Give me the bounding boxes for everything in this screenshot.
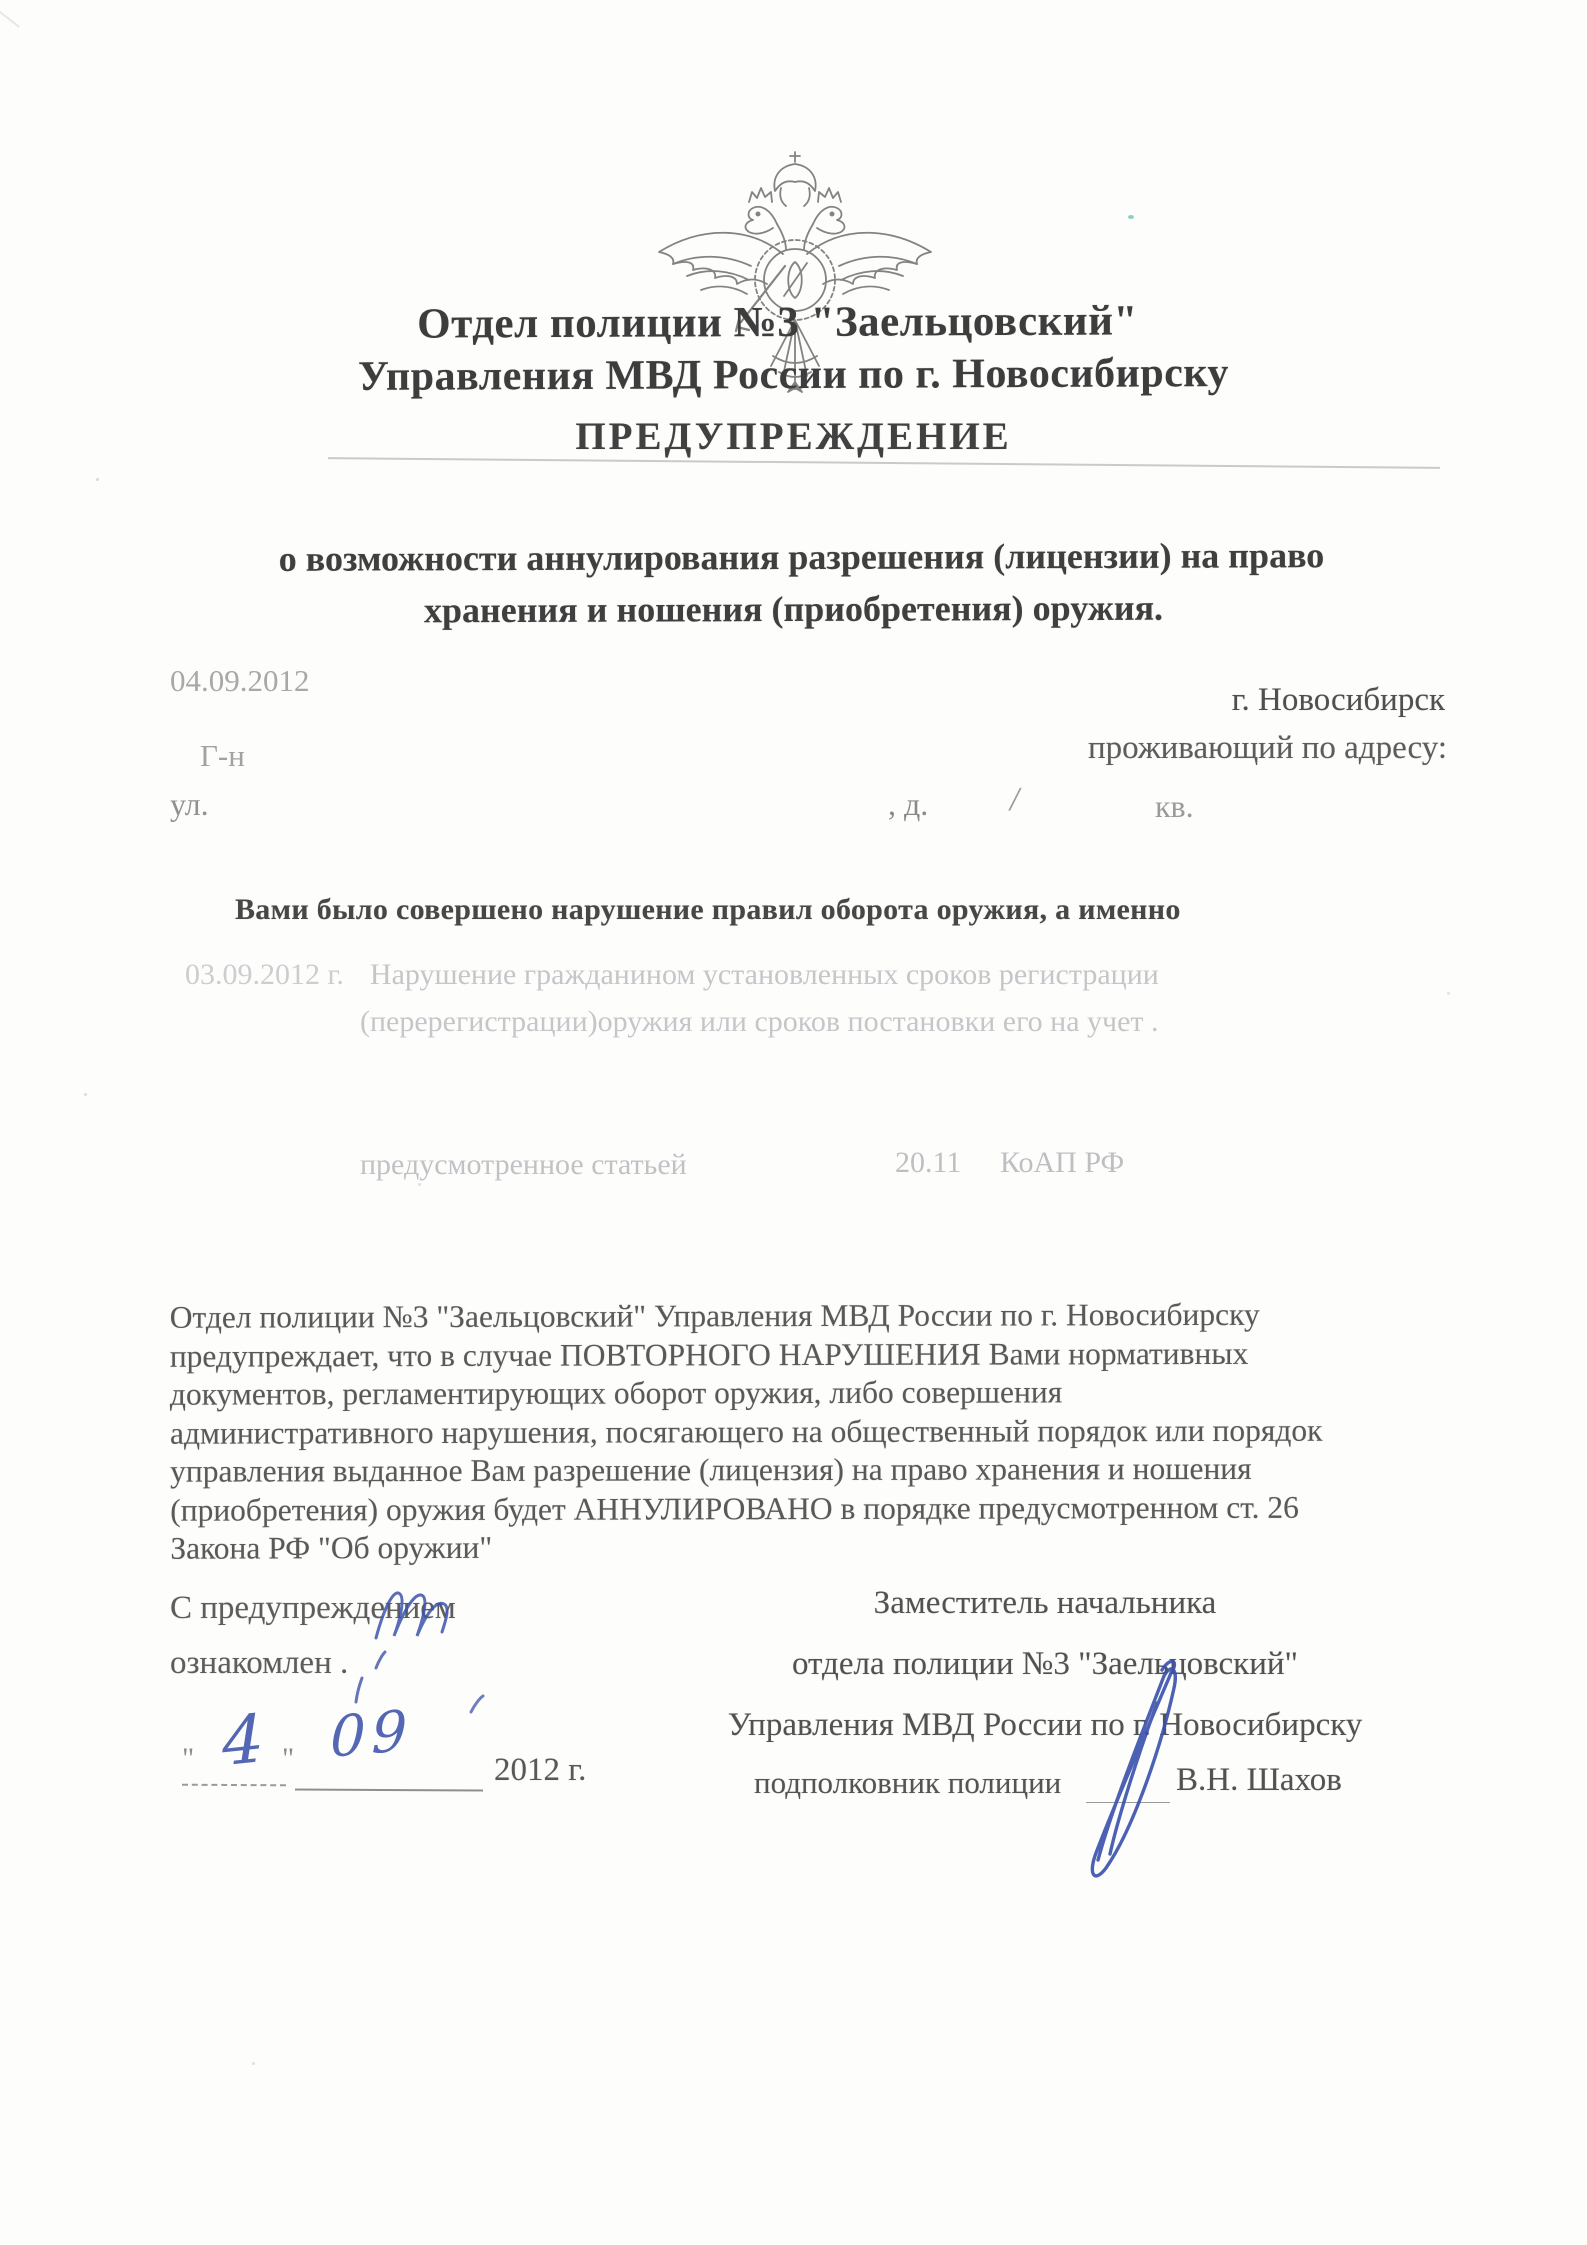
signatory-position-line1: Заместитель начальника [720,1585,1370,1622]
signatory-position-line2: отдела полиции №3 "Заельцовский" [720,1646,1370,1683]
warning-line: управления выданное Вам разрешение (лице… [170,1449,1470,1491]
month-underline [295,1789,483,1792]
day-quote-close: " [282,1742,294,1776]
signatory-rank: подполковник полиции [754,1765,1061,1801]
warning-paragraph: Отдел полиции №3 "Заельцовский" Управлен… [170,1295,1471,1568]
signatory-pen-signature [1062,1648,1207,1898]
handwritten-month: 09 [330,1698,414,1771]
violation-date: 03.09.2012 г. [185,958,344,991]
document-title: ПРЕДУПРЕЖДЕНИЕ [0,414,1587,459]
scan-speck [1447,992,1450,995]
addressee-salutation: Г-н [200,738,245,774]
signatory-position-line3: Управления МВД России по г. Новосибирску [720,1707,1370,1744]
handwritten-day: 4 [221,1700,265,1782]
ink-tick-mark [468,1694,486,1716]
day-quote-open: " [182,1742,194,1776]
warning-line: Закона РФ "Об оружии" [170,1526,1470,1568]
scanned-warning-document: Отдел полиции №3 "Заельцовский" Управлен… [0,0,1587,2245]
violation-description-line2: (перерегистрации)оружия или сроков поста… [360,1005,1159,1039]
warning-line: документов, регламентирующих оборот оруж… [170,1372,1470,1414]
scan-edge-artifact [0,10,20,28]
violation-description-line1: 03.09.2012 г.Нарушение гражданином устан… [185,958,1159,992]
org-name-line1: Отдел полиции №3 "Заельцовский" [0,295,1571,351]
article-number: 20.11 [895,1146,961,1180]
scan-speck-teal [1128,215,1134,219]
scan-speck [96,478,99,481]
org-name-line2: Управления МВД России по г. Новосибирску [0,348,1587,403]
issue-date: 04.09.2012 [170,663,310,699]
acknowledgee-signature-scribble [370,1580,470,1646]
violation-intro: Вами было совершено нарушение правил обо… [235,893,1181,927]
scan-speck [252,2062,255,2065]
article-label: предусмотренное статьей [360,1148,687,1182]
warning-line: административного нарушения, посягающего… [170,1411,1470,1453]
residing-label: проживающий по адресу: [1088,730,1447,767]
apartment-label: кв. [1155,788,1194,825]
subtitle-line1: о возможности аннулирования разрешения (… [8,533,1587,581]
warning-line: Отдел полиции №3 "Заельцовский" Управлен… [170,1295,1470,1337]
subtitle-line2: хранения и ношения (приобретения) оружия… [0,585,1587,633]
warning-line: предупреждает, что в случае ПОВТОРНОГО Н… [170,1334,1470,1376]
day-underline [182,1784,286,1787]
scan-speck [418,1183,421,1186]
violation-text-line1: Нарушение гражданином установленных срок… [370,958,1159,991]
ink-tick-mark [372,1650,388,1672]
house-number-separator: / [1007,778,1023,821]
year-label: 2012 г. [494,1752,586,1789]
scan-speck [84,1093,87,1096]
house-label: , д. [888,786,928,823]
article-code: КоАП РФ [1000,1146,1124,1180]
warning-line: (приобретения) оружия будет АННУЛИРОВАНО… [170,1488,1470,1530]
street-label: ул. [170,786,209,823]
ink-apostrophe-mark [352,1676,366,1706]
issue-city: г. Новосибирск [1232,682,1445,719]
acknowledgement-line2: ознакомлен . [170,1645,348,1682]
